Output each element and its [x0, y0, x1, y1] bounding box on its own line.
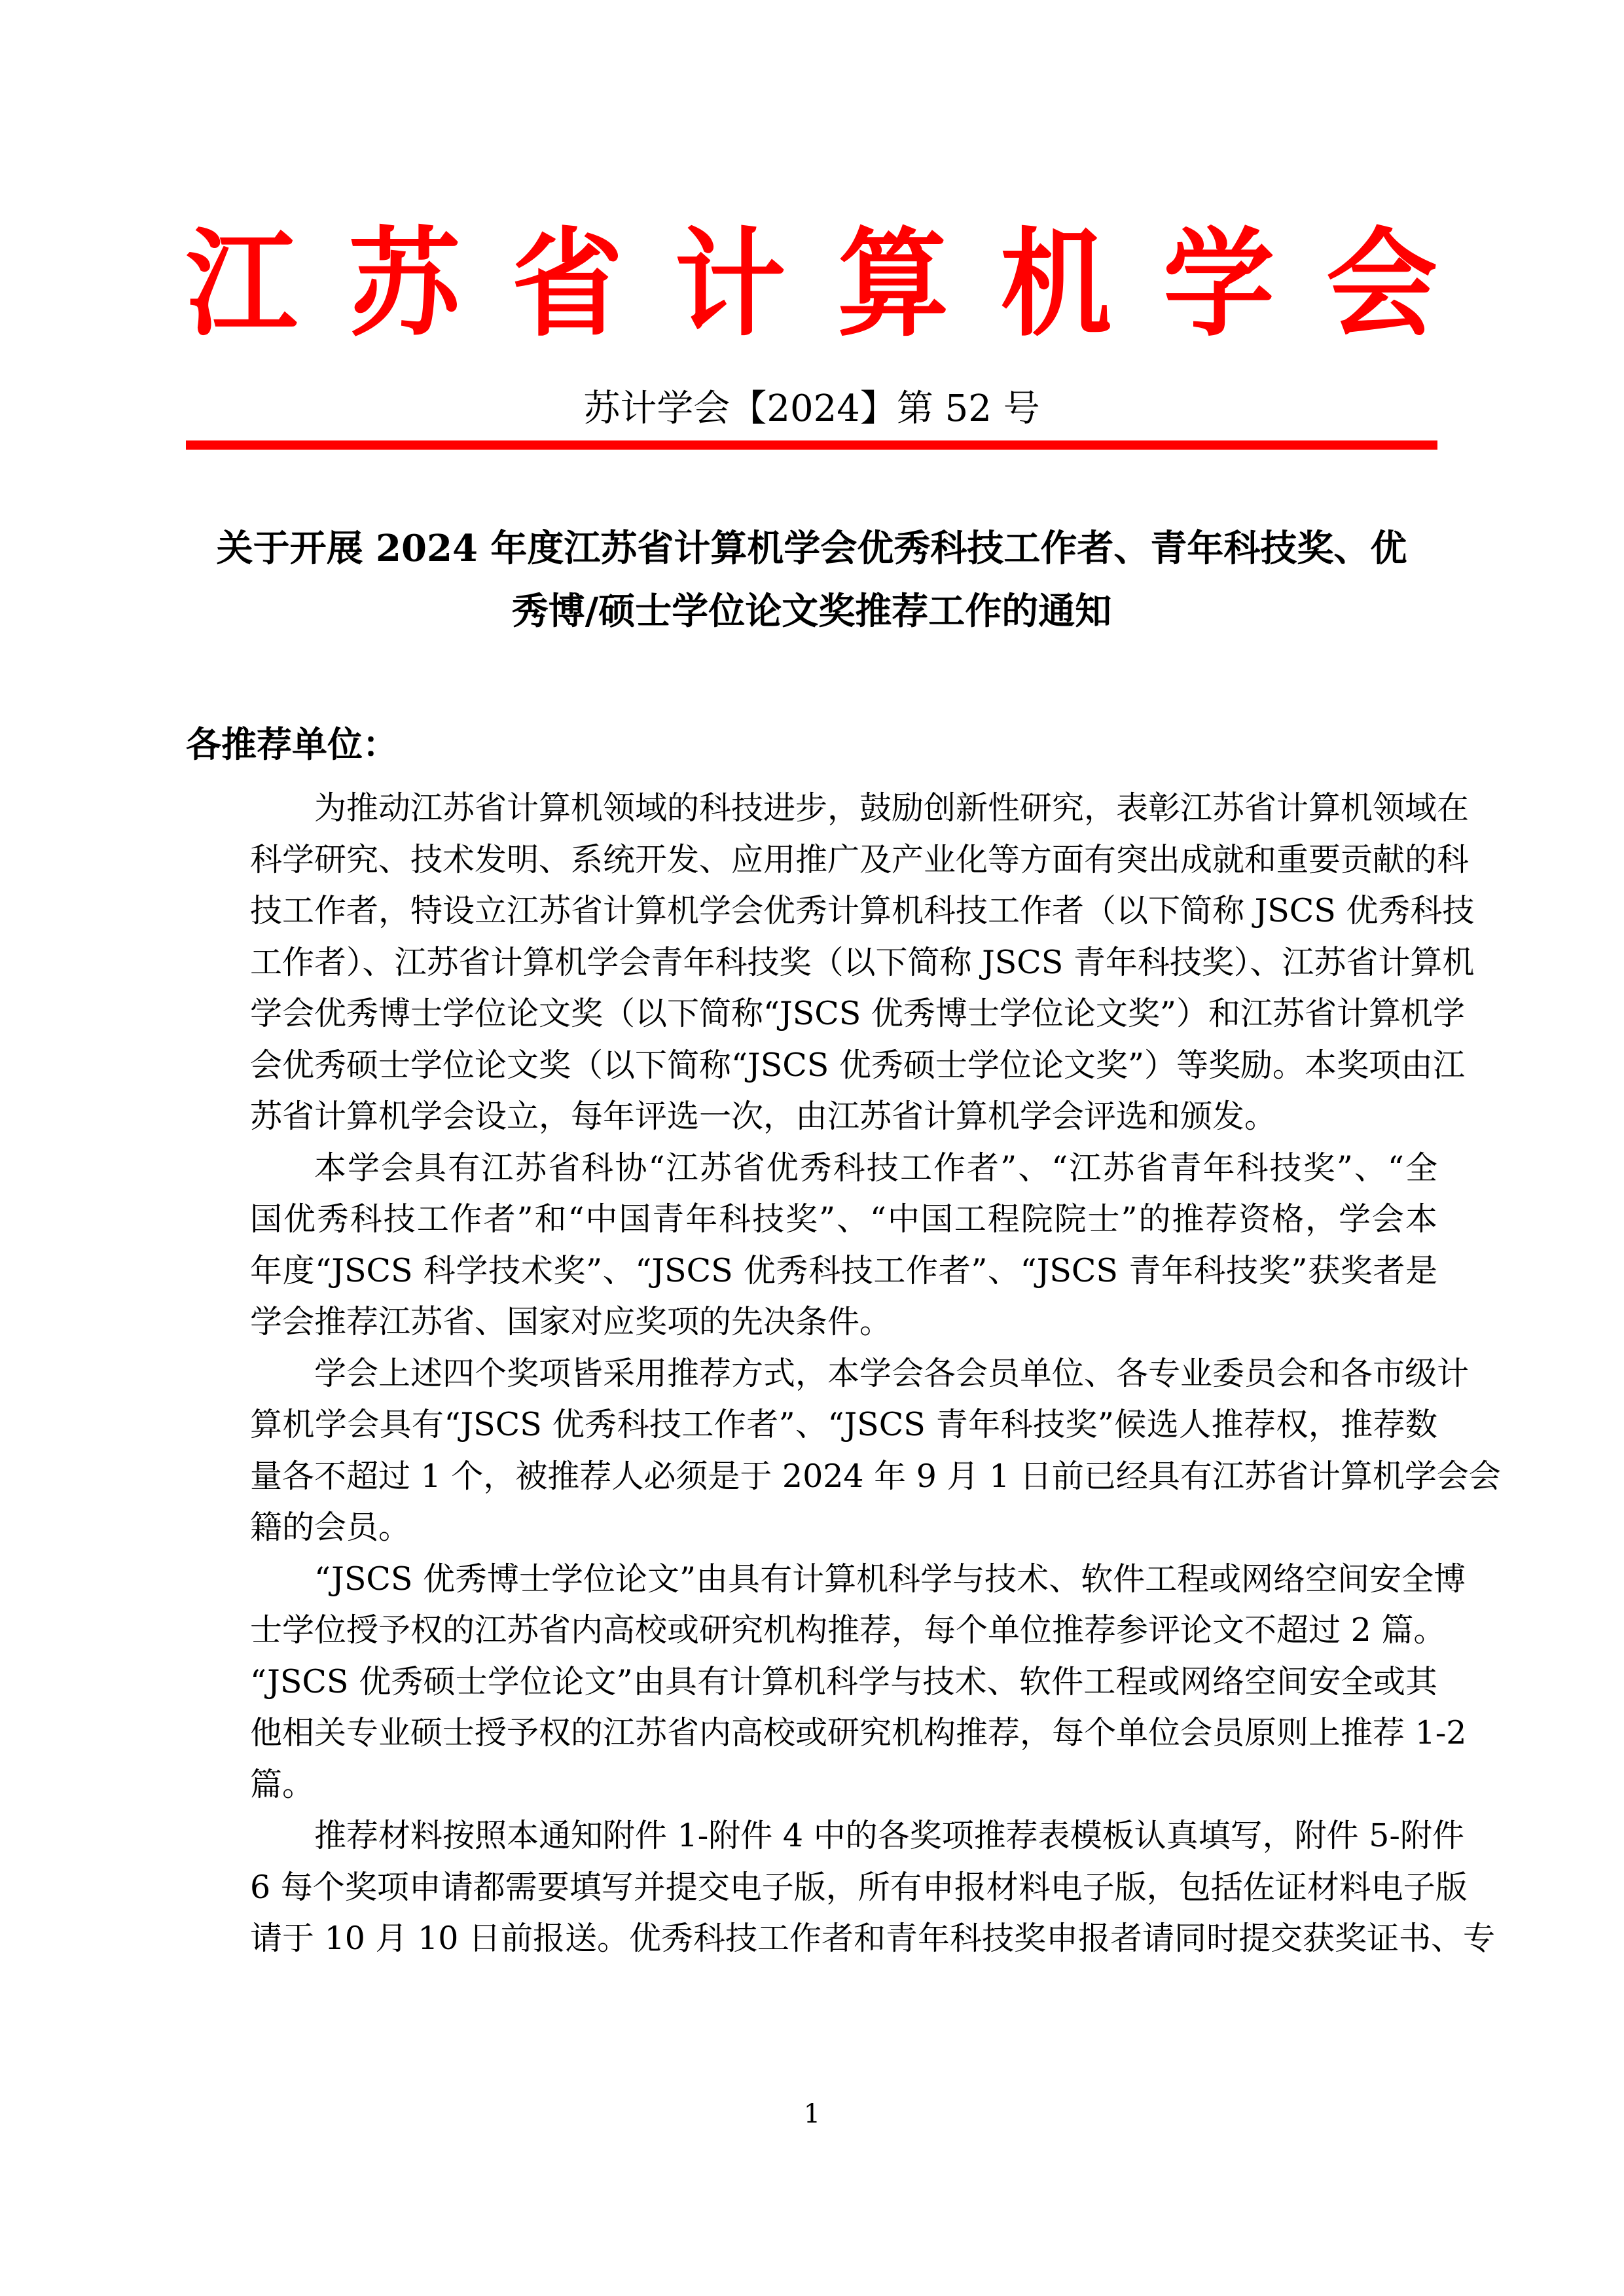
- text-line: 会优秀硕士学位论文奖（以下简称“JSCS 优秀硕士学位论文奖”）等奖励。本奖项由…: [186, 1040, 1437, 1092]
- notice-title: 关于开展 2024 年度江苏省计算机学会优秀科技工作者、青年科技奖、优 秀博/硕…: [186, 517, 1437, 643]
- text-line: “JSCS 优秀硕士学位论文”由具有计算机科学与技术、软件工程或网络空间安全或其: [186, 1657, 1437, 1708]
- org-title-char: 学: [1163, 216, 1274, 353]
- text-line: 工作者）、江苏省计算机学会青年科技奖（以下简称 JSCS 青年科技奖）、江苏省计…: [186, 937, 1437, 989]
- org-title-char: 会: [1326, 216, 1437, 353]
- text-line: 学会上述四个奖项皆采用推荐方式，本学会各会员单位、各专业委员会和各市级计: [186, 1348, 1437, 1400]
- text-line: 士学位授予权的江苏省内高校或研究机构推荐，每个单位推荐参评论文不超过 2 篇。: [186, 1605, 1437, 1657]
- text-line: 请于 10 月 10 日前报送。优秀科技工作者和青年科技奖申报者请同时提交获奖证…: [186, 1913, 1437, 1965]
- text-line: 篇。: [186, 1759, 1437, 1811]
- paragraph-2: 本学会具有江苏省科协“江苏省优秀科技工作者”、“江苏省青年科技奖”、“全 国优秀…: [186, 1143, 1437, 1348]
- body-text: 为推动江苏省计算机领域的科技进步，鼓励创新性研究，表彰江苏省计算机领域在 科学研…: [186, 783, 1437, 1965]
- org-letterhead-title: 江 苏 省 计 算 机 学 会: [186, 219, 1437, 350]
- text-line: 算机学会具有“JSCS 优秀科技工作者”、“JSCS 青年科技奖”候选人推荐权，…: [186, 1399, 1437, 1451]
- text-line: 6 每个奖项申请都需要填写并提交电子版，所有申报材料电子版，包括佐证材料电子版: [186, 1862, 1437, 1914]
- text-line: 本学会具有江苏省科协“江苏省优秀科技工作者”、“江苏省青年科技奖”、“全: [186, 1143, 1437, 1194]
- org-title-char: 算: [837, 216, 948, 353]
- text-line: 推荐材料按照本通知附件 1-附件 4 中的各奖项推荐表模板认真填写，附件 5-附…: [186, 1810, 1437, 1862]
- text-line: 籍的会员。: [186, 1502, 1437, 1554]
- org-title-char: 机: [1000, 216, 1111, 353]
- text-line: 国优秀科技工作者”和“中国青年科技奖”、“中国工程院院士”的推荐资格，学会本: [186, 1194, 1437, 1246]
- text-line: 他相关专业硕士授予权的江苏省内高校或研究机构推荐，每个单位会员原则上推荐 1-2: [186, 1708, 1437, 1759]
- notice-title-line: 秀博/硕士学位论文奖推荐工作的通知: [186, 580, 1437, 643]
- text-line: 量各不超过 1 个，被推荐人必须是于 2024 年 9 月 1 日前已经具有江苏…: [186, 1451, 1437, 1503]
- org-title-char: 苏: [349, 216, 460, 353]
- paragraph-1: 为推动江苏省计算机领域的科技进步，鼓励创新性研究，表彰江苏省计算机领域在 科学研…: [186, 783, 1437, 1143]
- text-line: 为推动江苏省计算机领域的科技进步，鼓励创新性研究，表彰江苏省计算机领域在: [186, 783, 1437, 834]
- page-number: 1: [0, 2094, 1624, 2134]
- paragraph-5: 推荐材料按照本通知附件 1-附件 4 中的各奖项推荐表模板认真填写，附件 5-附…: [186, 1810, 1437, 1965]
- salutation: 各推荐单位：: [186, 719, 398, 771]
- paragraph-3: 学会上述四个奖项皆采用推荐方式，本学会各会员单位、各专业委员会和各市级计 算机学…: [186, 1348, 1437, 1554]
- text-line: 苏省计算机学会设立，每年评选一次，由江苏省计算机学会评选和颁发。: [186, 1091, 1437, 1143]
- org-title-char: 计: [675, 216, 786, 353]
- document-page: 江 苏 省 计 算 机 学 会 苏计学会【2024】第 52 号 关于开展 20…: [0, 0, 1624, 2296]
- text-line: 技工作者，特设立江苏省计算机学会优秀计算机科技工作者（以下简称 JSCS 优秀科…: [186, 886, 1437, 937]
- text-line: “JSCS 优秀博士学位论文”由具有计算机科学与技术、软件工程或网络空间安全博: [186, 1554, 1437, 1605]
- text-line: 学会优秀博士学位论文奖（以下简称“JSCS 优秀博士学位论文奖”）和江苏省计算机…: [186, 988, 1437, 1040]
- org-title-char: 省: [512, 216, 623, 353]
- notice-title-line: 关于开展 2024 年度江苏省计算机学会优秀科技工作者、青年科技奖、优: [186, 517, 1437, 580]
- document-number: 苏计学会【2024】第 52 号: [186, 383, 1437, 435]
- text-line: 学会推荐江苏省、国家对应奖项的先决条件。: [186, 1297, 1437, 1348]
- text-line: 年度“JSCS 科学技术奖”、“JSCS 优秀科技工作者”、“JSCS 青年科技…: [186, 1246, 1437, 1297]
- text-line: 科学研究、技术发明、系统开发、应用推广及产业化等方面有突出成就和重要贡献的科: [186, 834, 1437, 886]
- red-divider-line: [186, 440, 1437, 450]
- org-title-char: 江: [186, 216, 297, 353]
- paragraph-4: “JSCS 优秀博士学位论文”由具有计算机科学与技术、软件工程或网络空间安全博 …: [186, 1554, 1437, 1811]
